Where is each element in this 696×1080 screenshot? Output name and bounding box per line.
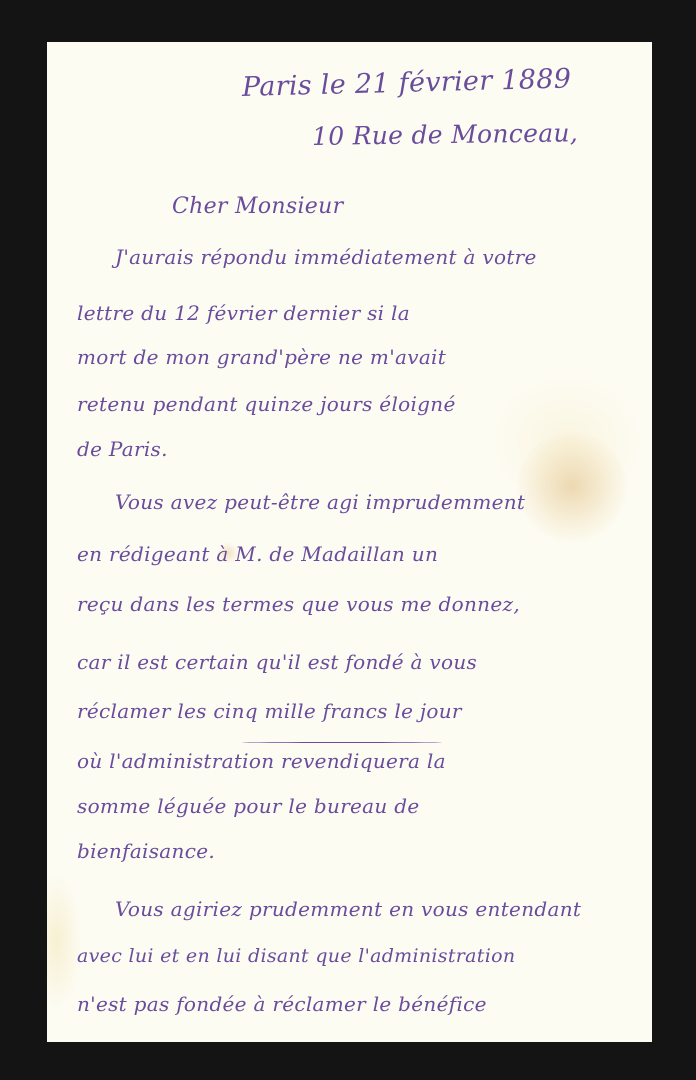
sender-address: 10 Rue de Monceau, xyxy=(312,118,578,151)
place-date: Paris le 21 février 1889 xyxy=(242,63,572,103)
paper-stain xyxy=(47,872,82,1012)
letter-line: n'est pas fondée à réclamer le bénéfice xyxy=(77,992,487,1016)
paper-stain xyxy=(517,432,627,542)
letter-line: en rédigeant à M. de Madaillan un xyxy=(77,542,438,566)
letter-line: reçu dans les termes que vous me donnez, xyxy=(77,592,520,616)
salutation: Cher Monsieur xyxy=(172,194,343,219)
letter-line: bienfaisance. xyxy=(77,839,215,863)
letter-line: retenu pendant quinze jours éloigné xyxy=(77,392,456,416)
document-scan-border: Paris le 21 février 1889 10 Rue de Monce… xyxy=(0,0,696,1080)
letter-line: où l'administration revendiquera la xyxy=(77,749,446,773)
letter-line: somme léguée pour le bureau de xyxy=(77,794,420,818)
letter-line: avec lui et en lui disant que l'administ… xyxy=(77,945,515,967)
letter-line: Vous avez peut-être agi imprudemment xyxy=(115,490,525,514)
letter-line: Vous agiriez prudemment en vous entendan… xyxy=(115,897,581,921)
letter-line: car il est certain qu'il est fondé à vou… xyxy=(77,650,477,674)
letter-line: réclamer les cinq mille francs le jour xyxy=(77,699,462,723)
letter-line: mort de mon grand'père ne m'avait xyxy=(77,345,446,369)
letter-paper: Paris le 21 février 1889 10 Rue de Monce… xyxy=(47,42,652,1042)
letter-line: de Paris. xyxy=(77,437,168,461)
underline-cinq-mille-francs xyxy=(242,742,442,743)
letter-line: lettre du 12 février dernier si la xyxy=(77,301,410,325)
letter-line: J'aurais répondu immédiatement à votre xyxy=(115,245,537,269)
